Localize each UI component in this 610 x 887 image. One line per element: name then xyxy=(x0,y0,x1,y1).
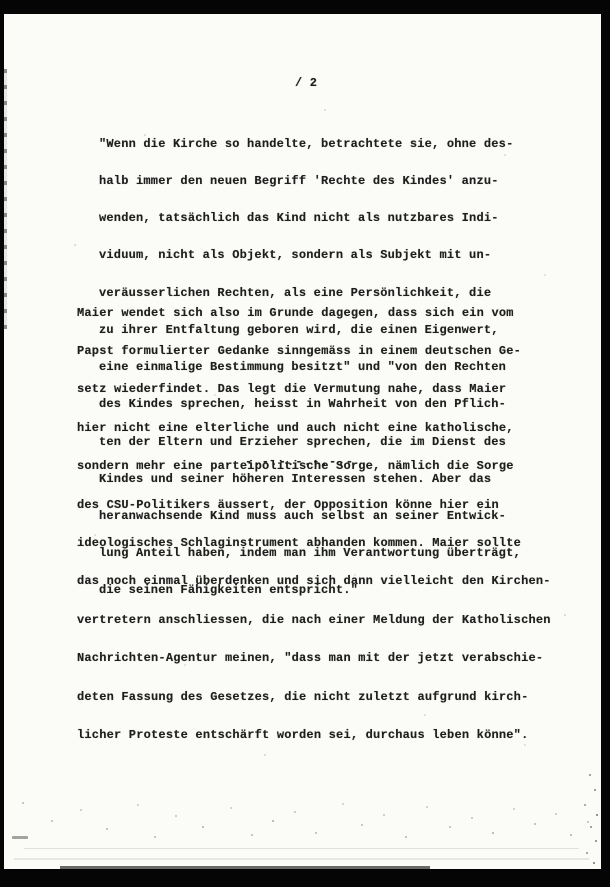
body-line: Nachrichten-Agentur meinen, "dass man mi… xyxy=(77,652,551,665)
scan-streak xyxy=(14,858,589,860)
body-line: vertretern anschliessen, die nach einer … xyxy=(77,614,551,627)
body-line: licher Proteste entschärft worden sei, d… xyxy=(77,729,551,742)
scan-edge-artifact xyxy=(4,69,7,329)
body-line: ideologisches Schlaginstrument abhanden … xyxy=(77,537,551,550)
quote-line: viduum, nicht als Objekt, sondern als Su… xyxy=(99,249,521,261)
body-line: setz wiederfindet. Das legt die Vermutun… xyxy=(77,383,551,396)
body-line: Papst formulierter Gedanke sinngemäss in… xyxy=(77,345,551,358)
body-line: hier nicht eine elterliche und auch nich… xyxy=(77,422,551,435)
scan-streak xyxy=(24,848,579,849)
body-line: das noch einmal überdenken und sich dann… xyxy=(77,575,551,588)
quote-line: wenden, tatsächlich das Kind nicht als n… xyxy=(99,212,521,224)
body-paragraph: Maier wendet sich also im Grunde dagegen… xyxy=(77,281,551,767)
scanned-document: / 2 "Wenn die Kirche so handelte, betrac… xyxy=(0,0,610,887)
end-of-text-separator: -.-.-.-.-.-.- xyxy=(245,455,354,469)
page-number: / 2 xyxy=(295,76,317,90)
scan-edge-shadow xyxy=(60,866,430,869)
body-line: des CSU-Politikers äussert, der Oppositi… xyxy=(77,499,551,512)
body-line: deten Fassung des Gesetzes, die nicht zu… xyxy=(77,691,551,704)
quote-line: halb immer den neuen Begriff 'Rechte des… xyxy=(99,175,521,187)
scan-noise-specks xyxy=(4,14,6,16)
document-page: / 2 "Wenn die Kirche so handelte, betrac… xyxy=(4,14,601,869)
body-line: Maier wendet sich also im Grunde dagegen… xyxy=(77,307,551,320)
quote-line: "Wenn die Kirche so handelte, betrachtet… xyxy=(99,138,521,150)
scan-smudge xyxy=(12,836,28,839)
